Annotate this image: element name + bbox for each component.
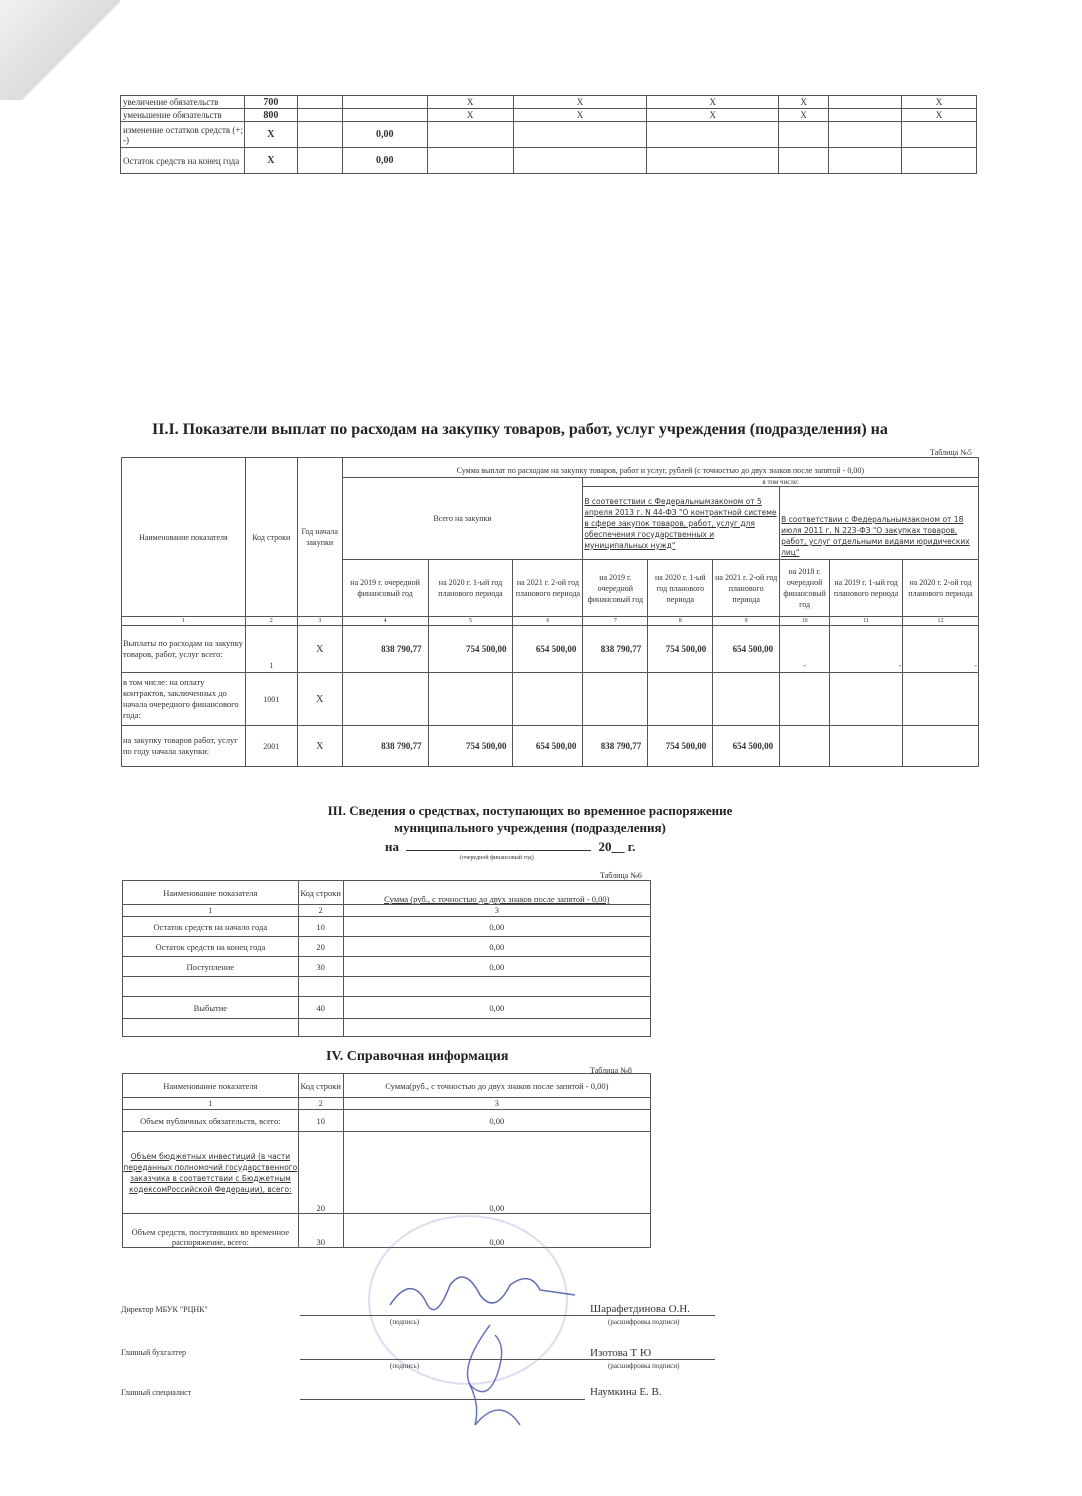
header-year: Год начала закупки	[297, 458, 342, 617]
signature-line-specialist	[300, 1399, 585, 1400]
table-row: Выплаты по расходам на закупку товаров, …	[122, 626, 979, 673]
signature-line-accountant	[300, 1359, 715, 1360]
table-row: изменение остатков средств (+; -) X 0,00	[121, 122, 977, 148]
section-2-1-title: II.I. Показатели выплат по расходам на з…	[152, 421, 888, 439]
table-row	[123, 977, 651, 997]
table-8: Наименование показателя Код строки Сумма…	[122, 1073, 651, 1248]
table-row: Выбытие 40 0,00	[123, 997, 651, 1019]
header-fz223: В соответствии с Федеральнымзаконом от 1…	[780, 487, 979, 560]
header-code: Код строки	[245, 458, 297, 617]
signature-hint-name: (расшифровка подписи)	[608, 1362, 679, 1370]
table-5: Наименование показателя Код строки Год н…	[121, 457, 979, 767]
header-fz44: В соответствии с Федеральнымзаконом от 5…	[583, 487, 780, 560]
signature-role-accountant: Главный бухгалтер	[121, 1348, 186, 1357]
table-row: на закупку товаров работ, услуг по году …	[122, 726, 979, 767]
header-total: Всего на закупки	[342, 478, 583, 560]
signature-hint-sign: (подпись)	[390, 1362, 419, 1370]
signature-line-director	[300, 1315, 715, 1316]
header-sum: Сумма выплат по расходам на закупку това…	[342, 458, 978, 478]
table-row: Объем публичных обязательств, всего: 10 …	[123, 1110, 651, 1132]
table-top-continuation: увеличение обязательств 700 X X X X X ум…	[120, 95, 977, 174]
table-row: увеличение обязательств 700 X X X X X	[121, 96, 977, 109]
header-name: Наименование показателя	[122, 458, 246, 617]
table-row: Остаток средств на конец года X 0,00	[121, 148, 977, 174]
section-3-title: III. Сведения о средствах, поступающих в…	[280, 802, 780, 836]
signature-hint-sign: (подпись)	[390, 1318, 419, 1326]
signature-scribble	[380, 1255, 580, 1435]
table-row: Остаток средств на начало года 10 0,00	[123, 917, 651, 937]
table-row: в том числе: на оплату контрактов, заклю…	[122, 673, 979, 726]
table-6: Наименование показателя Код строки Сумма…	[122, 880, 651, 1037]
section-3-date-line: на 20__ г.	[385, 839, 635, 855]
table-row: Объем бюджетных инвестиций (в части пере…	[123, 1132, 651, 1214]
signature-role-director: Директор МБУК "РЦНК"	[121, 1305, 208, 1314]
table-row: Остаток средств на конец года 20 0,00	[123, 937, 651, 957]
header-incl: в том числе:	[583, 478, 979, 487]
section-3-hint: (очередной финансовый год)	[460, 855, 534, 861]
table-row: Поступление 30 0,00	[123, 957, 651, 977]
signature-name-accountant: Изотова Т Ю	[590, 1347, 651, 1359]
table-row: уменьшение обязательств 800 X X X X X	[121, 109, 977, 122]
signature-name-specialist: Наумкина Е. В.	[590, 1386, 662, 1398]
signature-hint-name: (расшифровка подписи)	[608, 1318, 679, 1326]
table-6-number: Таблица №6	[600, 871, 642, 880]
table-row: Объем средств, поступивших во временное …	[123, 1214, 651, 1248]
section-4-title: IV. Справочная информация	[326, 1049, 508, 1065]
signature-name-director: Шарафетдинова О.Н.	[590, 1303, 690, 1315]
index-row: 1 2 3 4 5 6 7 8 9 10 11 12	[122, 617, 979, 626]
signature-role-specialist: Главный специалист	[121, 1388, 191, 1397]
table-row	[123, 1019, 651, 1037]
table-5-number: Таблица №5	[930, 448, 972, 457]
page-fold	[0, 0, 120, 100]
